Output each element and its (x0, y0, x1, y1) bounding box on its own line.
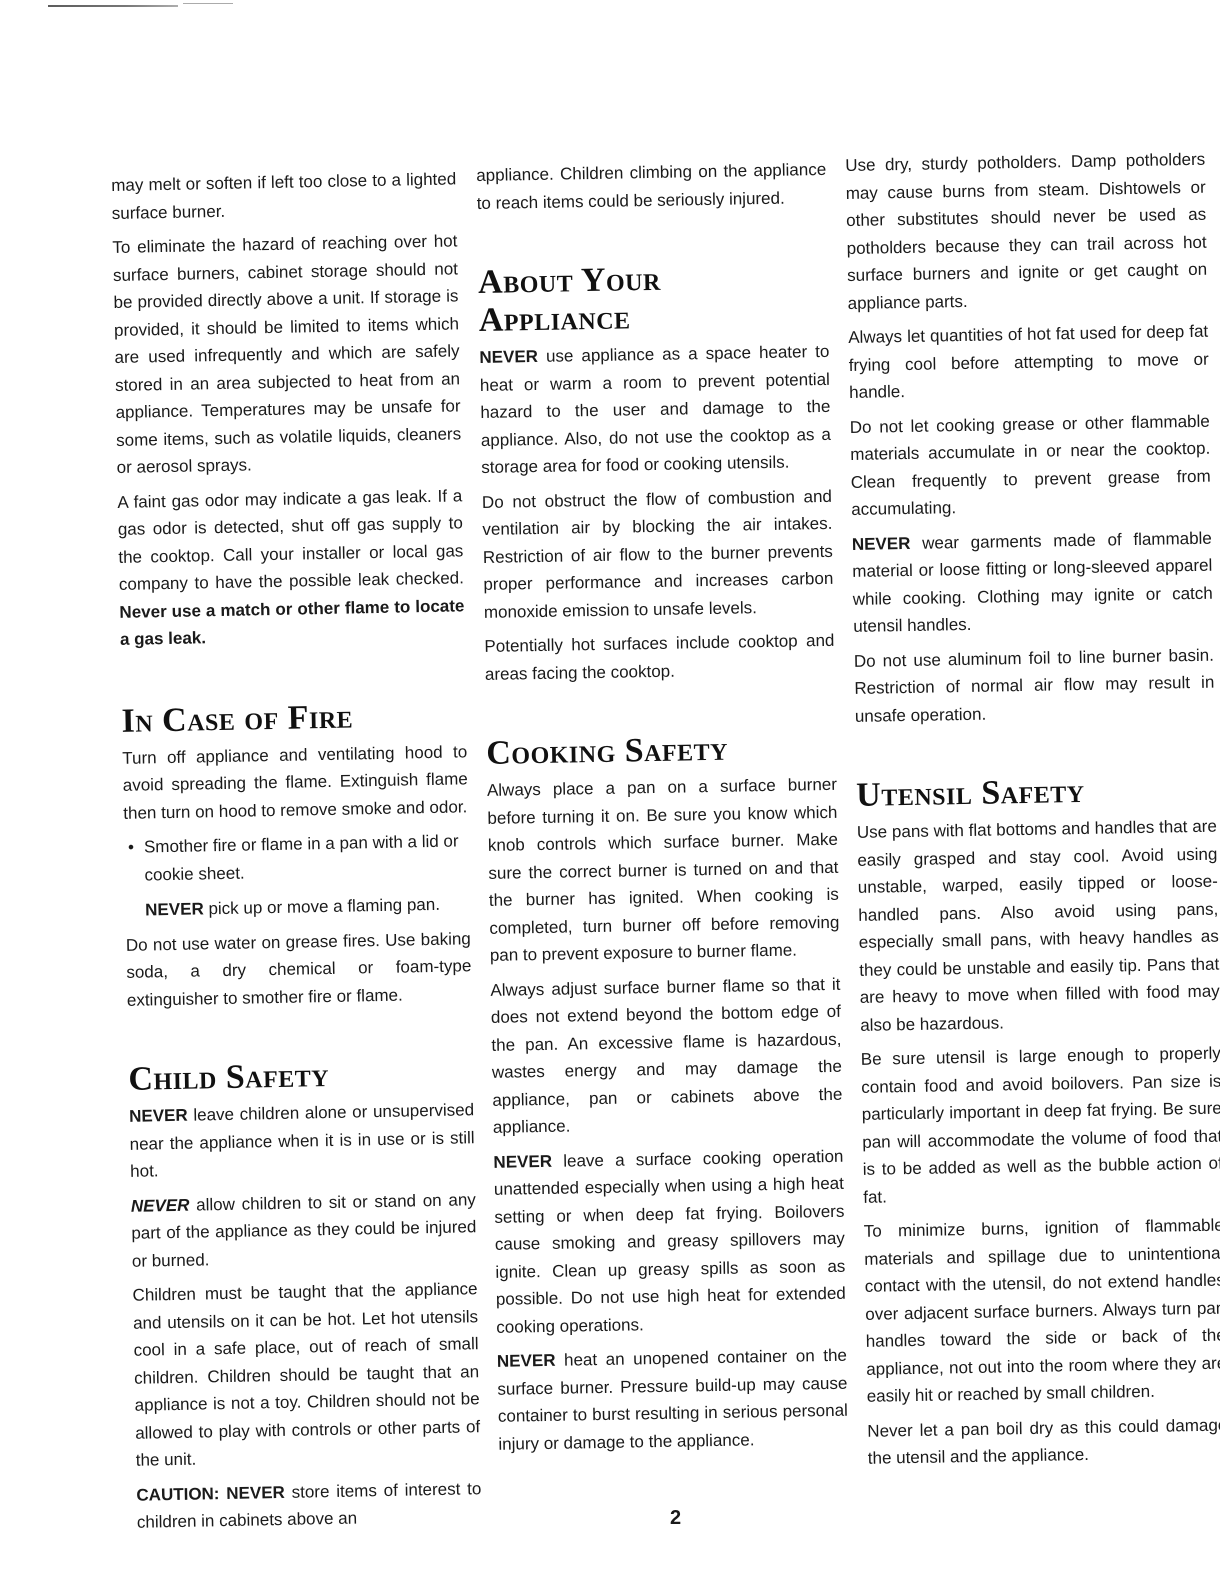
paragraph: NEVER allow children to sit or stand on … (131, 1186, 478, 1275)
paragraph: Use dry, sturdy potholders. Damp pothold… (845, 146, 1208, 317)
section-heading-in-case-of-fire: In Case of Fire (121, 696, 467, 741)
section-heading-cooking-safety: Cooking Safety (486, 729, 837, 773)
paragraph: Do not obstruct the flow of combustion a… (482, 482, 834, 626)
paragraph: To eliminate the hazard of reaching over… (112, 227, 462, 481)
paragraph: Do not use aluminum foil to line burner … (854, 641, 1215, 730)
column-right: Use dry, sturdy potholders. Damp pothold… (845, 146, 1220, 1480)
paragraph-text: A faint gas odor may indicate a gas leak… (117, 486, 464, 594)
caution-label: CAUTION: NEVER (136, 1482, 285, 1504)
bullet-text: Smother fire or flame in a pan with a li… (144, 831, 459, 884)
column-left: may melt or soften if left too close to … (111, 165, 482, 1543)
paragraph: Be sure utensil is large enough to prope… (861, 1040, 1220, 1211)
paragraph: Do not let cooking grease or other flamm… (850, 407, 1212, 523)
paragraph: Use pans with flat bottoms and handles t… (857, 813, 1220, 1039)
paragraph: Always let quantities of hot fat used fo… (848, 318, 1209, 407)
never-label: NEVER (852, 533, 911, 553)
scan-artifact-line (183, 3, 233, 4)
never-label: NEVER (479, 347, 538, 367)
paragraph: may melt or soften if left too close to … (111, 165, 457, 227)
paragraph: CAUTION: NEVER store items of interest t… (136, 1475, 482, 1537)
paragraph-text: pick up or move a flaming pan. (204, 895, 441, 919)
paragraph: Do not use water on grease fires. Use ba… (126, 925, 473, 1014)
paragraph: NEVER leave children alone or unsupervis… (129, 1096, 476, 1185)
column-middle: appliance. Children climbing on the appl… (476, 156, 849, 1465)
paragraph-text: leave a surface cooking operation unatte… (494, 1146, 846, 1336)
never-label: NEVER (493, 1151, 552, 1171)
section-heading-utensil-safety: Utensil Safety (856, 771, 1217, 815)
paragraph: NEVER pick up or move a flaming pan. (125, 890, 470, 924)
paragraph: Always adjust surface burner flame so th… (490, 970, 843, 1141)
never-label: NEVER (497, 1351, 556, 1371)
paragraph: A faint gas odor may indicate a gas leak… (117, 482, 465, 654)
paragraph: appliance. Children climbing on the appl… (476, 156, 827, 217)
bullet-item: • Smother fire or flame in a pan with a … (124, 827, 470, 889)
page-number: 2 (670, 1507, 681, 1530)
paragraph: NEVER use appliance as a space heater to… (479, 338, 831, 482)
paragraph: Never let a pan boil dry as this could d… (867, 1411, 1220, 1472)
bullet-icon: • (128, 834, 134, 862)
paragraph: To minimize burns, ignition of flammable… (864, 1212, 1220, 1411)
paragraph: NEVER heat an unopened container on the … (497, 1342, 849, 1458)
paragraph: NEVER wear garments made of flammable ma… (852, 524, 1214, 640)
section-heading-child-safety: Child Safety (128, 1054, 474, 1099)
paragraph: Always place a pan on a surface burner b… (487, 771, 840, 970)
paragraph: Children must be taught that the applian… (132, 1275, 481, 1474)
paragraph: NEVER leave a surface cooking operation … (493, 1142, 846, 1341)
paragraph: Turn off appliance and ventilating hood … (122, 738, 469, 827)
paragraph: Potentially hot surfaces include cooktop… (484, 627, 835, 688)
gas-leak-warning: Never use a match or other flame to loca… (119, 596, 464, 649)
section-heading-about-your-appliance: About Your Appliance (478, 260, 699, 340)
never-label: NEVER (145, 899, 204, 919)
never-label: NEVER (131, 1195, 190, 1215)
never-label: NEVER (129, 1106, 188, 1126)
scan-artifact-line (48, 5, 178, 7)
